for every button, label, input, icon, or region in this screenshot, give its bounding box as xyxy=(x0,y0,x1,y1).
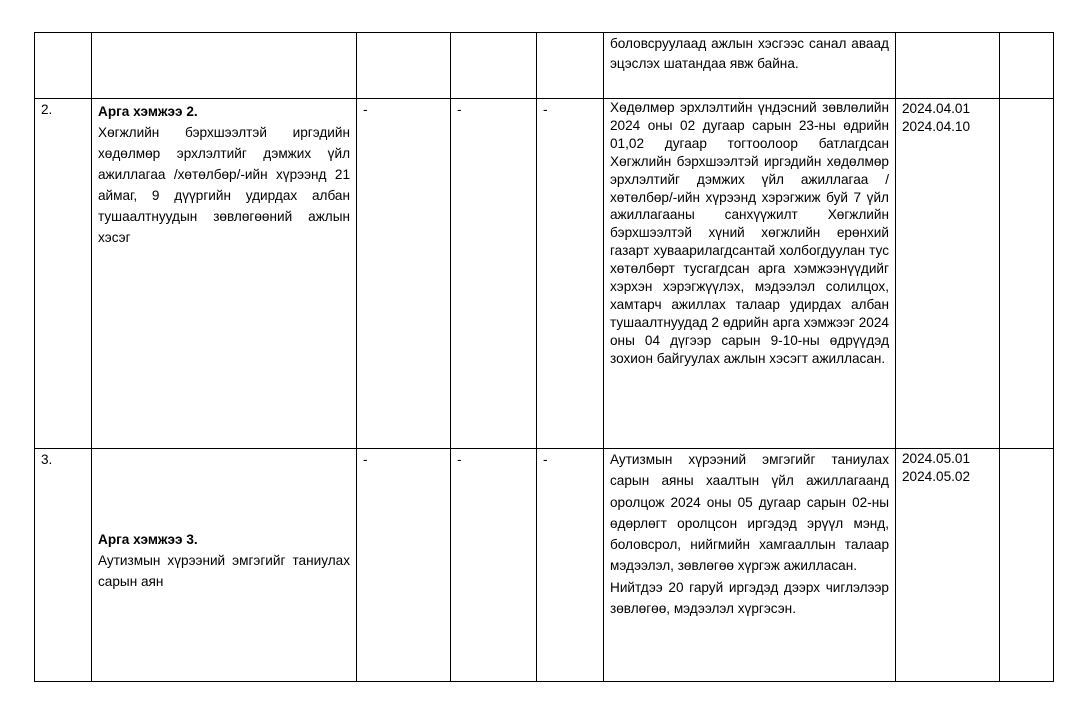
result-text: боловсруулаад ажлын хэсгээс санал аваад … xyxy=(610,34,889,74)
table-row: 3. Арга хэмжээ 3. Аутизмын хүрээний эмгэ… xyxy=(35,449,1054,682)
table-row: 2. Арга хэмжээ 2. Хөгжлийн бэрхшээлтэй и… xyxy=(35,99,1054,449)
measure-cell: Арга хэмжээ 2. Хөгжлийн бэрхшээлтэй иргэ… xyxy=(92,99,357,449)
notes-cell xyxy=(1000,449,1054,682)
row-number-cell xyxy=(35,33,92,99)
table-row: боловсруулаад ажлын хэсгээс санал аваад … xyxy=(35,33,1054,99)
result-summary: Нийтдээ 20 гаруй иргэдэд дээрх чиглэлээр… xyxy=(610,577,889,620)
end-date: 2024.05.02 xyxy=(902,468,993,486)
measure-description: Аутизмын хүрээний эмгэгийг таниулах сары… xyxy=(98,550,350,592)
result-text: Хөдөлмөр эрхлэлтийн үндэсний зөвлөлийн 2… xyxy=(610,99,889,368)
dates-cell xyxy=(896,33,1000,99)
row-number-cell: 3. xyxy=(35,449,92,682)
dates-cell: 2024.04.01 2024.04.10 xyxy=(896,99,1000,449)
col4-cell: - xyxy=(451,99,537,449)
col3-cell: - xyxy=(357,449,451,682)
measure-description: Хөгжлийн бэрхшээлтэй иргэдийн хөдөлмөр э… xyxy=(98,122,350,248)
dates-cell: 2024.05.01 2024.05.02 xyxy=(896,449,1000,682)
col5-cell: - xyxy=(537,99,604,449)
col3-cell xyxy=(357,33,451,99)
result-text: Аутизмын хүрээний эмгэгийг таниулах сары… xyxy=(610,449,889,577)
row-number-cell: 2. xyxy=(35,99,92,449)
col4-cell: - xyxy=(451,449,537,682)
activity-report-table: боловсруулаад ажлын хэсгээс санал аваад … xyxy=(34,32,1054,682)
start-date: 2024.04.01 xyxy=(902,100,993,118)
notes-cell xyxy=(1000,99,1054,449)
col3-cell: - xyxy=(357,99,451,449)
result-cell: Хөдөлмөр эрхлэлтийн үндэсний зөвлөлийн 2… xyxy=(604,99,896,449)
col4-cell xyxy=(451,33,537,99)
measure-cell xyxy=(92,33,357,99)
start-date: 2024.05.01 xyxy=(902,450,993,468)
notes-cell xyxy=(1000,33,1054,99)
result-cell: боловсруулаад ажлын хэсгээс санал аваад … xyxy=(604,33,896,99)
measure-cell: Арга хэмжээ 3. Аутизмын хүрээний эмгэгий… xyxy=(92,449,357,682)
measure-title: Арга хэмжээ 2. xyxy=(98,101,350,122)
measure-title: Арга хэмжээ 3. xyxy=(98,529,350,550)
end-date: 2024.04.10 xyxy=(902,118,993,136)
col5-cell xyxy=(537,33,604,99)
result-cell: Аутизмын хүрээний эмгэгийг таниулах сары… xyxy=(604,449,896,682)
col5-cell: - xyxy=(537,449,604,682)
